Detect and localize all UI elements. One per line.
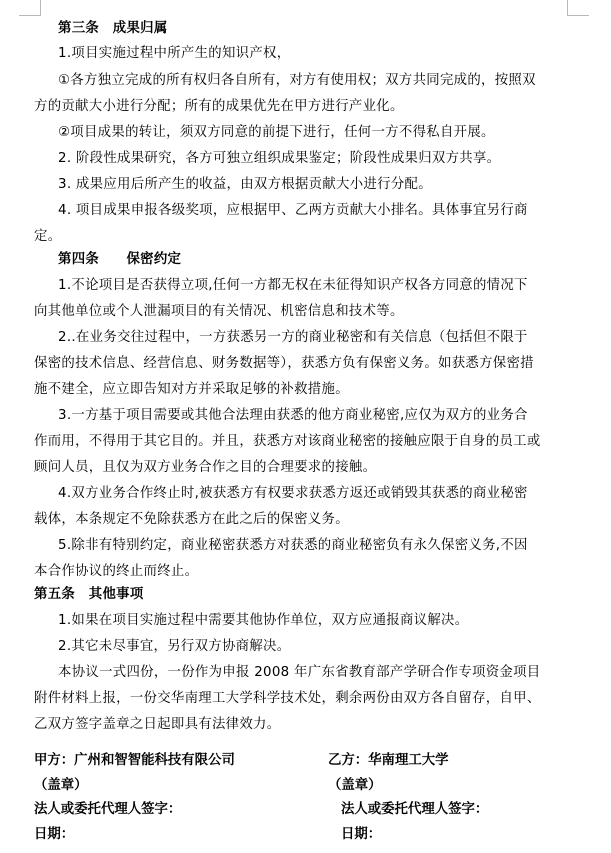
paragraph-line: 1.如果在项目实施过程中需要其他协作单位，双方应通报商议解决。 [58,612,468,630]
paragraph-line: ②项目成果的转让，须双方同意的前提下进行，任何一方不得私自开展。 [58,124,495,142]
paragraph-line: ①各方独立完成的所有权归各自所有，对方有使用权；双方共同完成的，按照双 [58,72,536,90]
paragraph-line: 4. 项目成果申报各级奖项，应根据甲、乙两方贡献大小排名。具体事宜另行商 [58,202,528,220]
party-b-date: 日期： [341,826,381,844]
paragraph-line: 保密的技术信息、经营信息、财务数据等），获悉方负有保密义务。如获悉方保密措 [34,355,534,373]
paragraph-line: 2. 阶段性成果研究，各方可独立组织成果鉴定；阶段性成果归双方共享。 [58,150,500,168]
paragraph-line: 载体，本条规定不免除获悉方在此之后的保密义务。 [34,511,349,529]
party-a-seal: （盖章） [34,777,88,795]
paragraph-line: 本协议一式四份，一份作为申报 2008 年广东省教育部产学研合作专项资金项目 [58,664,541,682]
party-b-name: 乙方：华南理工大学 [328,752,449,770]
paragraph-line: 2.其它未尽事宜，另行双方协商解决。 [58,638,290,656]
page-corner-mark-left [19,0,41,16]
party-a-date: 日期： [34,826,74,844]
paragraph-line: 附件材料上报，一份交华南理工大学科学技术处，剩余两份由双方各自留存，自甲、 [34,690,541,708]
paragraph-line: 本合作协议的终止而终止。 [34,563,198,581]
party-a-signer: 法人或委托代理人签字： [34,801,181,819]
paragraph-line: 1.项目实施过程中所产生的知识产权， [58,45,290,63]
paragraph-line: 5.除非有特别约定，商业秘密获悉方对获悉的商业秘密负有永久保密义务,不因 [58,537,528,555]
party-b-seal: （盖章） [328,777,382,795]
paragraph-line: 3.一方基于项目需要或其他合法理由获悉的他方商业秘密,应仅为双方的业务合 [58,407,528,425]
section-heading: 第四条 保密约定 [58,251,181,269]
page-corner-mark-right [567,0,589,16]
party-b-signer: 法人或委托代理人签字： [341,801,488,819]
paragraph-line: 乙双方签字盖章之日起即具有法律效力。 [34,716,280,734]
paragraph-line: 1.不论项目是否获得立项,任何一方都无权在未征得知识产权各方同意的情况下 [58,277,528,295]
paragraph-line: 施不建全，应立即告知对方并采取足够的补救措施。 [34,381,349,399]
party-a-name: 甲方：广州和智智能科技有限公司 [34,752,235,770]
paragraph-line: 顾问人员，且仅为双方业务合作之目的合理要求的接触。 [34,459,376,477]
paragraph-line: 作而用，不得用于其它目的。并且，获悉方对该商业秘密的接触应限于自身的员工或 [34,433,541,451]
paragraph-line: 定。 [34,228,61,246]
paragraph-line: 向其他单位或个人泄漏项目的有关情况、机密信息和技术等。 [34,303,404,321]
section-heading: 第三条 成果归属 [58,20,168,38]
paragraph-line: 3. 成果应用后所产生的收益，由双方根据贡献大小进行分配。 [58,176,432,194]
paragraph-line: 方的贡献大小进行分配；所有的成果优先在甲方进行产业化。 [34,98,404,116]
paragraph-line: 4.双方业务合作终止时,被获悉方有权要求获悉方返还或销毁其获悉的商业秘密 [58,485,528,503]
section-heading: 第五条 其他事项 [34,586,144,604]
paragraph-line: 2..在业务交往过程中，一方获悉另一方的商业秘密和有关信息（包括但不限于 [58,329,528,347]
